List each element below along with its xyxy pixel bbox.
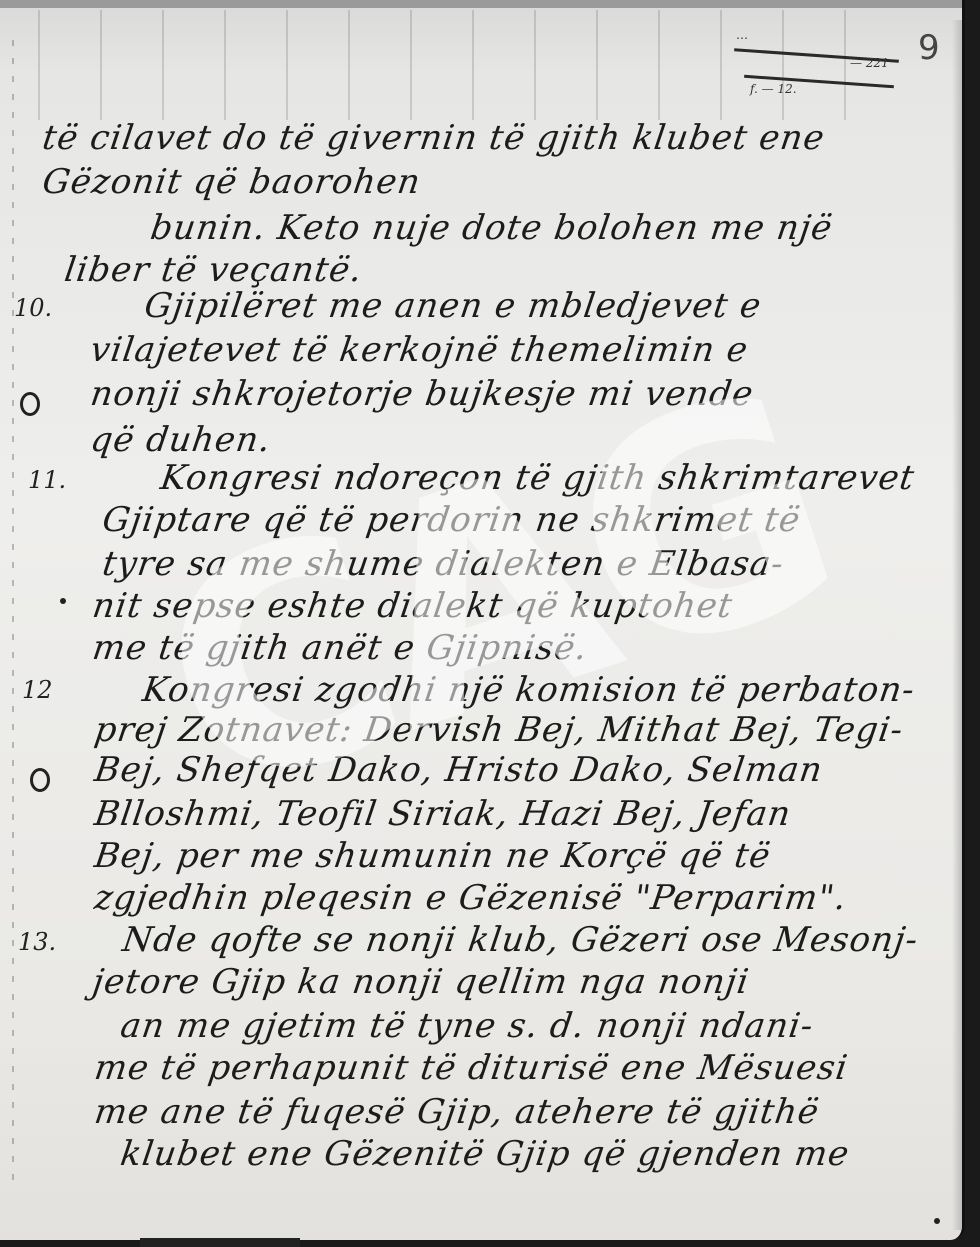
text-line: Bej, per me shumunin ne Korçë që të xyxy=(92,836,773,876)
stamp-line-2: — 221 xyxy=(850,56,889,70)
text-line: klubet ene Gëzenitë Gjip që gjenden me xyxy=(118,1134,852,1174)
text-line: an me gjetim të tyne s. d. nonji ndani- xyxy=(118,1006,816,1046)
text-line: Gjipilëret me anen e mbledjevet e xyxy=(142,286,764,326)
item-number: 11. xyxy=(28,466,66,494)
page-edge-shadow xyxy=(952,20,962,1230)
text-line: jetore Gjip ka nonji qellim nga nonji xyxy=(90,962,752,1002)
stamp-line-3: f. — 12. xyxy=(750,82,797,96)
punch-hole-icon xyxy=(30,768,50,792)
text-line: Nde qofte se nonji klub, Gëzeri ose Meso… xyxy=(120,920,921,960)
scan-top-shadow xyxy=(0,0,962,8)
page-number: 9 xyxy=(918,28,940,68)
archive-stamp: … — 221 f. — 12. 9 xyxy=(730,14,930,104)
margin-dot xyxy=(934,1218,940,1224)
text-line: me të perhapunit të diturisë ene Mësuesi xyxy=(92,1048,851,1088)
text-line: Kongresi zgodhi një komision të perbaton… xyxy=(140,670,918,710)
text-line: Blloshmi, Teofil Siriak, Hazi Bej, Jefan xyxy=(92,794,794,834)
text-line: me të gjith anët e Gjipnisë. xyxy=(90,628,590,668)
text-line: bunin. Keto nuje dote bolohen me një xyxy=(148,208,835,248)
text-line: të cilavet do të givernin të gjith klube… xyxy=(40,118,827,158)
punch-hole-icon xyxy=(20,392,40,416)
text-line: nit sepse eshte dialekt që kuptohet xyxy=(90,586,735,626)
text-line: nonji shkrojetorje bujkesje mi vende xyxy=(88,374,756,414)
text-line: tyre sa me shume dialekten e Elbasa- xyxy=(100,544,787,584)
margin-line xyxy=(12,40,14,1190)
text-line: liber të veçantë. xyxy=(62,250,365,290)
stamp-line-1: … xyxy=(736,28,748,42)
item-number: 10. xyxy=(14,294,52,322)
text-line: me ane të fuqesë Gjip, atehere të gjithë xyxy=(92,1092,822,1132)
document-page: … — 221 f. — 12. 9 të cilavet do të give… xyxy=(0,0,965,1240)
text-line: Bej, Shefqet Dako, Hristo Dako, Selman xyxy=(92,750,825,790)
text-line: prej Zotnavet: Dervish Bej, Mithat Bej, … xyxy=(92,710,906,750)
item-number: 13. xyxy=(18,928,56,956)
text-line: Gjiptare që të perdorin ne shkrimet të xyxy=(100,500,803,540)
scan-bottom-shadow xyxy=(140,1238,300,1247)
margin-dot xyxy=(60,598,66,604)
text-line: vilajetevet të kerkojnë themelimin e xyxy=(88,330,751,370)
item-number: 12 xyxy=(22,676,53,704)
text-line: Kongresi ndoreçon të gjith shkrimtarevet xyxy=(158,458,917,498)
text-line: zgjedhin pleqesin e Gëzenisë "Perparim". xyxy=(92,878,849,918)
text-line: Gëzonit që baorohen xyxy=(40,162,423,202)
text-line: që duhen. xyxy=(88,420,274,460)
